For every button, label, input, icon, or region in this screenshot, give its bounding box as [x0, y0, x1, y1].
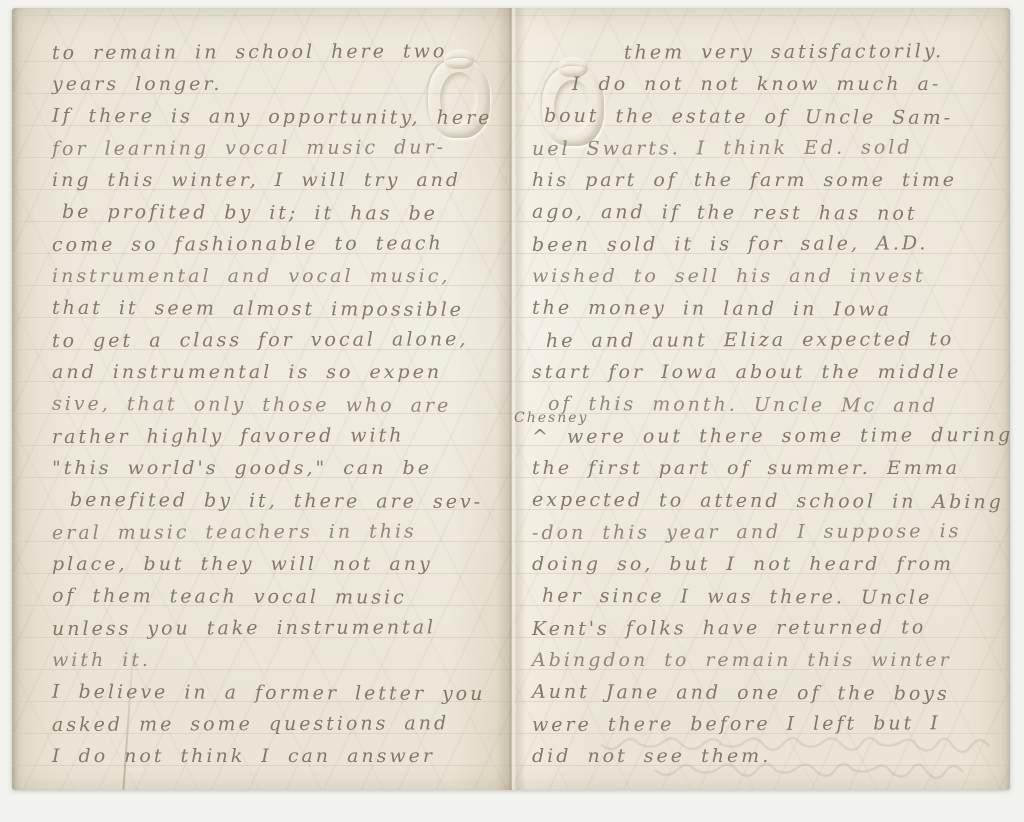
handwritten-line: them very satisfactorily.: [532, 35, 1008, 69]
handwritten-line: wished to sell his and invest: [532, 260, 1008, 292]
handwritten-line: bout the estate of Uncle Sam-: [532, 100, 1008, 134]
handwritten-line: the first part of summer. Emma: [532, 452, 1008, 484]
handwritten-line: rather highly favored with: [52, 419, 520, 453]
handwritten-line: the money in land in Iowa: [532, 292, 1008, 326]
handwritten-line: benefited by it, there are sev-: [52, 484, 520, 518]
handwritten-line: doing so, but I not heard from: [532, 548, 1008, 580]
handwritten-line: ing this winter, I will try and: [52, 164, 520, 196]
handwritten-line: sive, that only those who are: [52, 388, 520, 422]
handwritten-line: years longer.: [52, 68, 520, 100]
handwritten-line: did not see them.: [532, 740, 1008, 772]
handwritten-line: place, but they will not any: [52, 548, 520, 580]
interline-insertion: Chesney: [514, 410, 588, 426]
handwritten-line: expected to attend school in Abing: [532, 484, 1008, 518]
handwritten-line: her since I was there. Uncle: [532, 580, 1008, 614]
handwritten-line: were there before I left but I: [532, 707, 1008, 741]
handwritten-line: been sold it is for sale, A.D.: [532, 227, 1008, 261]
handwritten-line: Kent's folks have returned to: [532, 611, 1008, 645]
handwritten-line: unless you take instrumental: [52, 611, 520, 645]
handwritten-line: he and aunt Eliza expected to: [532, 323, 1008, 357]
handwritten-line: for learning vocal music dur-: [52, 131, 520, 165]
handwritten-line: come so fashionable to teach: [52, 227, 520, 261]
handwritten-line: I do not think I can answer: [52, 740, 520, 772]
handwritten-line: with it.: [52, 644, 520, 676]
handwritten-line: of them teach vocal music: [52, 580, 520, 614]
handwritten-line: that it seem almost impossible: [52, 292, 520, 326]
handwritten-line: instrumental and vocal music,: [52, 260, 520, 292]
handwritten-line: If there is any opportunity, here: [52, 100, 520, 134]
page-right: them very satisfactorily.I do not not kn…: [532, 36, 1008, 772]
handwritten-line: start for Iowa about the middle: [532, 356, 1008, 388]
handwritten-line: asked me some questions and: [52, 707, 520, 741]
handwritten-line: "this world's goods," can be: [52, 452, 520, 484]
handwritten-line: -don this year and I suppose is: [532, 515, 1008, 549]
handwritten-line: eral music teachers in this: [52, 515, 520, 549]
paper-sheet: to remain in school here twoyears longer…: [12, 8, 1010, 790]
handwritten-line: of this month. Uncle Mc and: [532, 388, 1008, 422]
handwritten-line: uel Swarts. I think Ed. sold: [532, 131, 1008, 165]
handwritten-line: I believe in a former letter you: [52, 676, 520, 710]
handwritten-line: Abingdon to remain this winter: [532, 644, 1008, 676]
handwritten-line: I do not not know much a-: [532, 68, 1008, 100]
handwritten-line: to get a class for vocal alone,: [52, 323, 520, 357]
handwritten-line: his part of the farm some time: [532, 164, 1008, 196]
handwritten-line: ^ were out there some time during: [532, 419, 1008, 453]
letter-scan: to remain in school here twoyears longer…: [0, 0, 1024, 822]
handwritten-line: Aunt Jane and one of the boys: [532, 676, 1008, 710]
handwritten-line: be profited by it; it has be: [52, 196, 520, 230]
page-left: to remain in school here twoyears longer…: [52, 36, 520, 772]
handwritten-line: ago, and if the rest has not: [532, 196, 1008, 230]
handwritten-line: and instrumental is so expen: [52, 356, 520, 388]
handwritten-line: to remain in school here two: [52, 35, 520, 69]
